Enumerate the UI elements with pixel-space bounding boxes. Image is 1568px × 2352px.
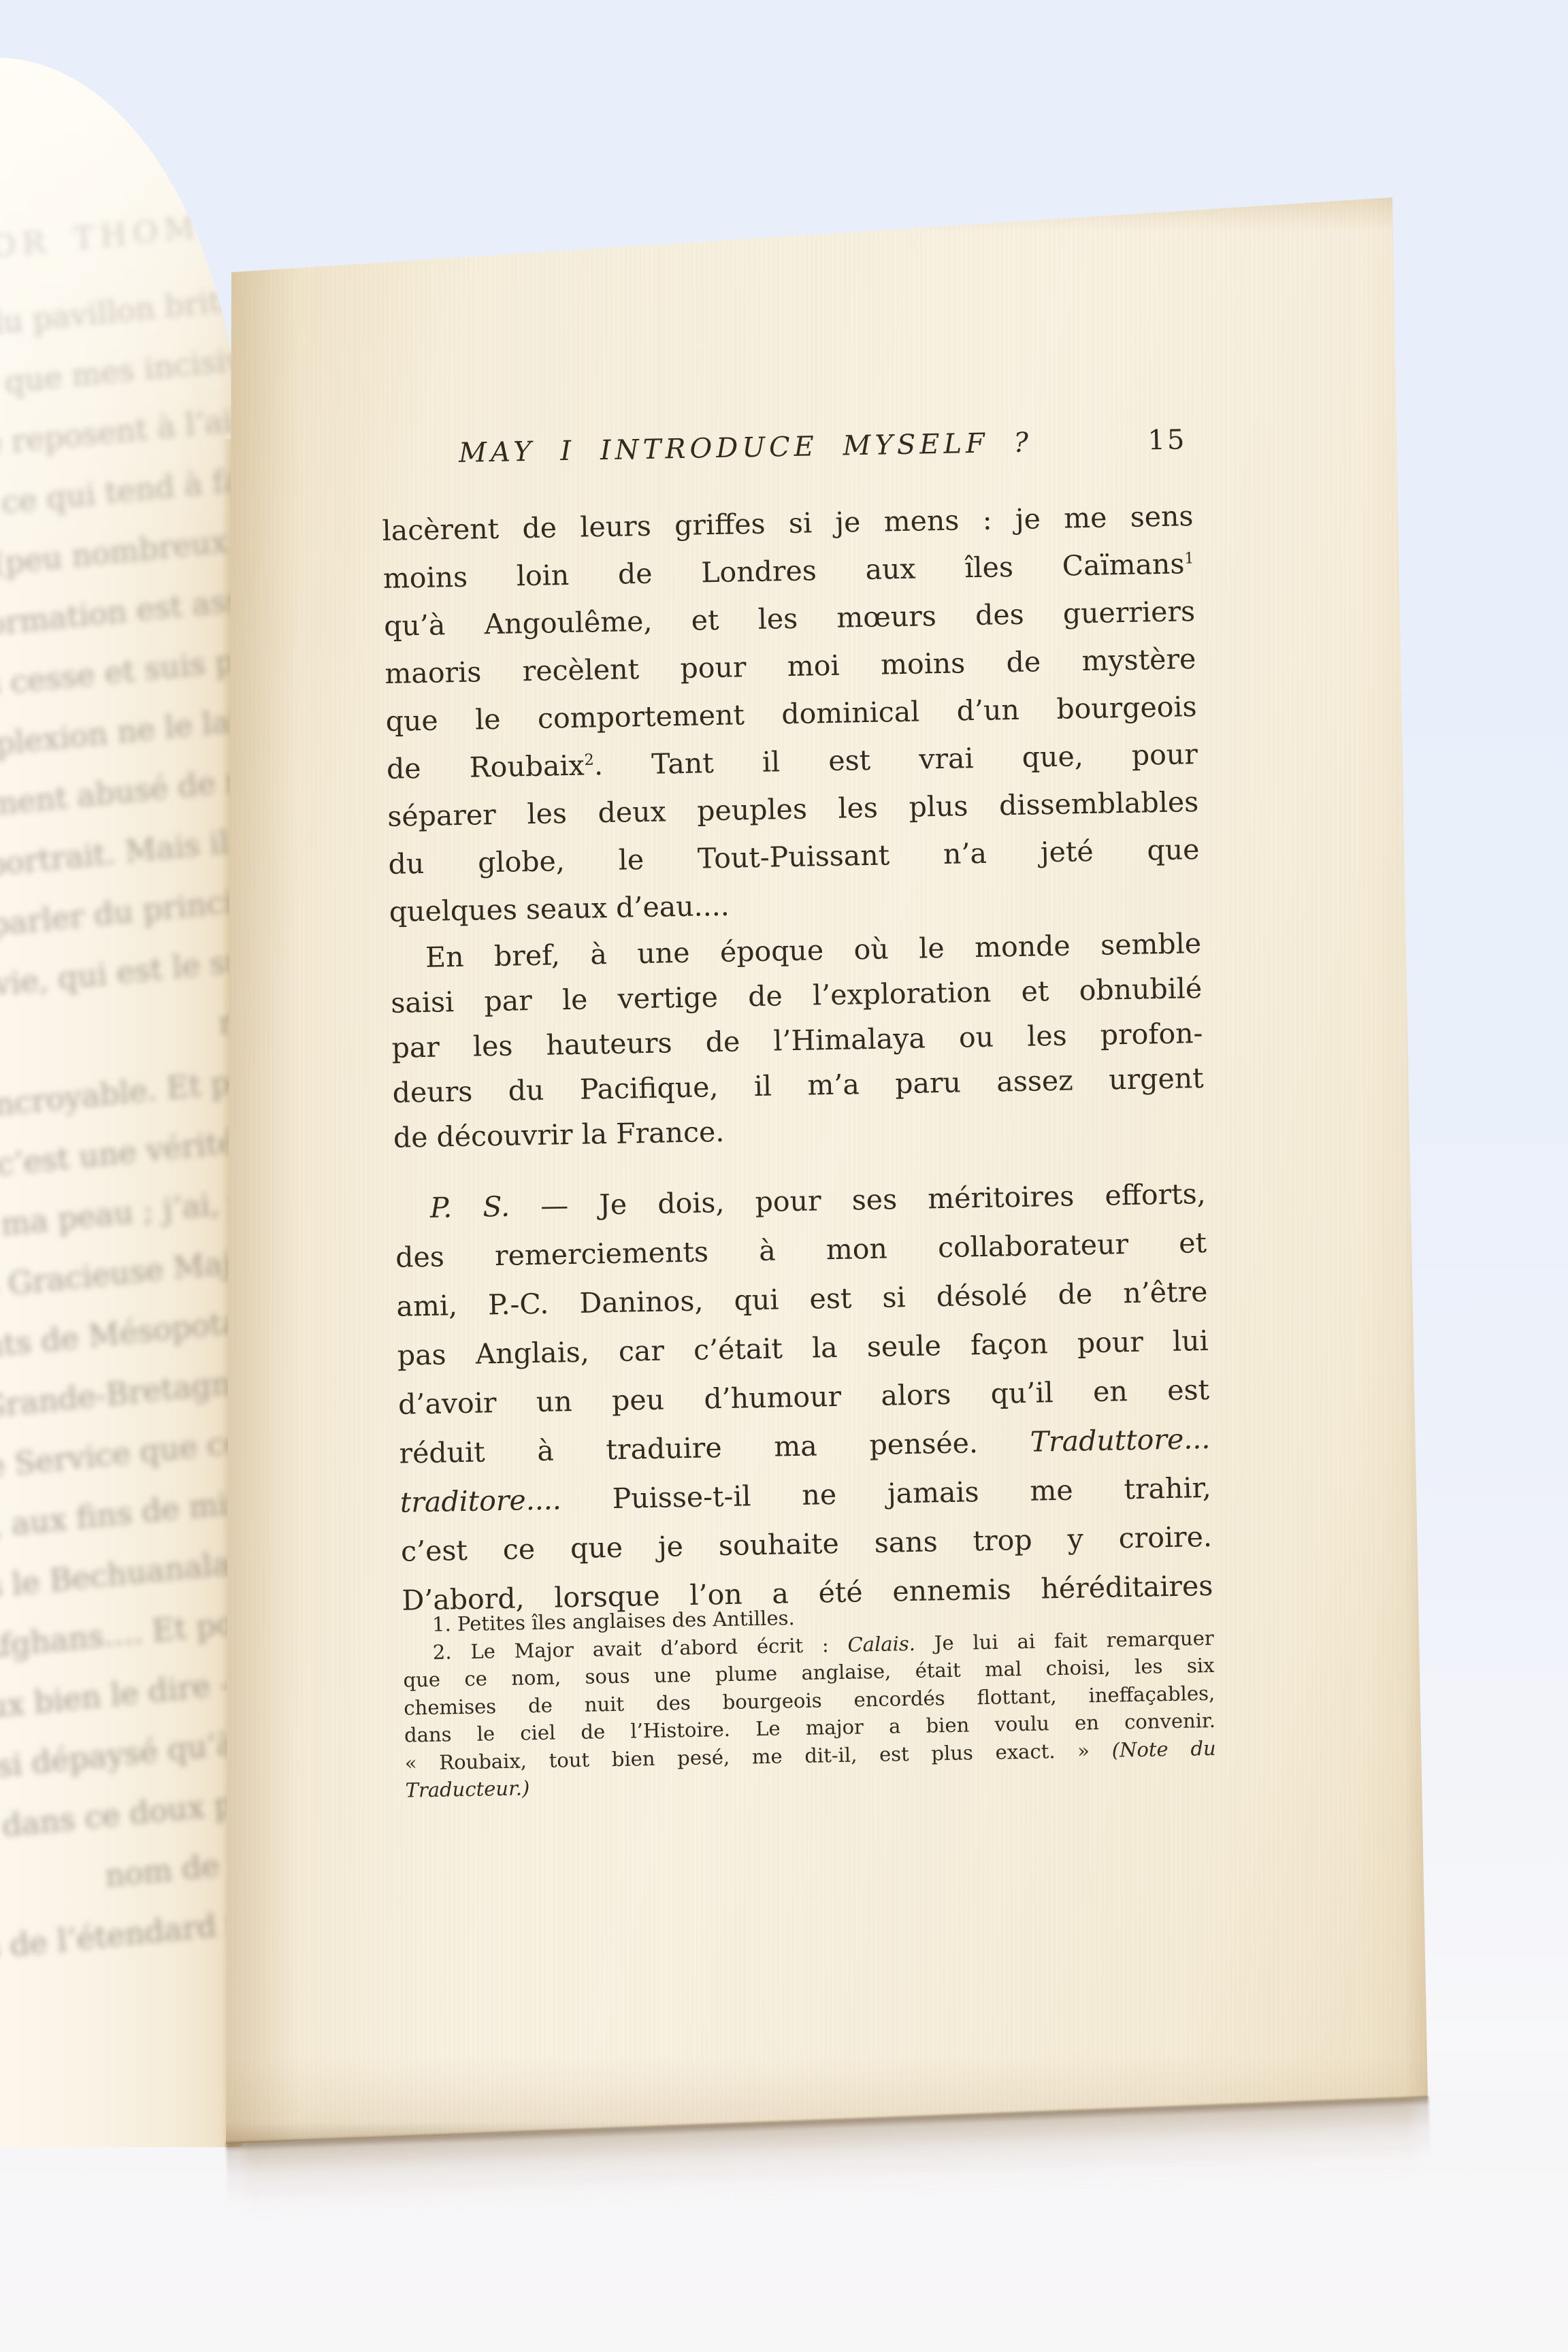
- page-text-column: MAY I INTRODUCE MYSELF ? 15 lacèrent de …: [376, 169, 1223, 2150]
- running-header: MAY I INTRODUCE MYSELF ? 15: [380, 424, 1192, 477]
- paragraph-2: En bref, à une époque où le monde semble…: [390, 921, 1205, 1160]
- left-page-blurred-text: S DU MAJOR THOMPSON vant rappel du pavil…: [0, 194, 242, 1987]
- right-page: MAY I INTRODUCE MYSELF ? 15 lacèrent de …: [225, 184, 1436, 2151]
- left-page-text-lines: vant rappel du pavillon britarai ajouté …: [0, 270, 242, 1987]
- book-photo-scene: { "colors": { "sky": "#e8eefa", "paper":…: [0, 0, 1568, 2352]
- footnotes-block: 1. Petites îles anglaises des Antilles.2…: [402, 1597, 1217, 1804]
- page-title: MAY I INTRODUCE MYSELF ?: [380, 424, 1192, 470]
- page-number: 15: [1147, 424, 1187, 456]
- paragraph-postscript: P. S. — Je dois, pour ses méritoires eff…: [394, 1169, 1213, 1625]
- left-facing-page: S DU MAJOR THOMPSON vant rappel du pavil…: [0, 58, 242, 2147]
- paragraph-1: lacèrent de leurs griffes si je mens : j…: [382, 492, 1200, 936]
